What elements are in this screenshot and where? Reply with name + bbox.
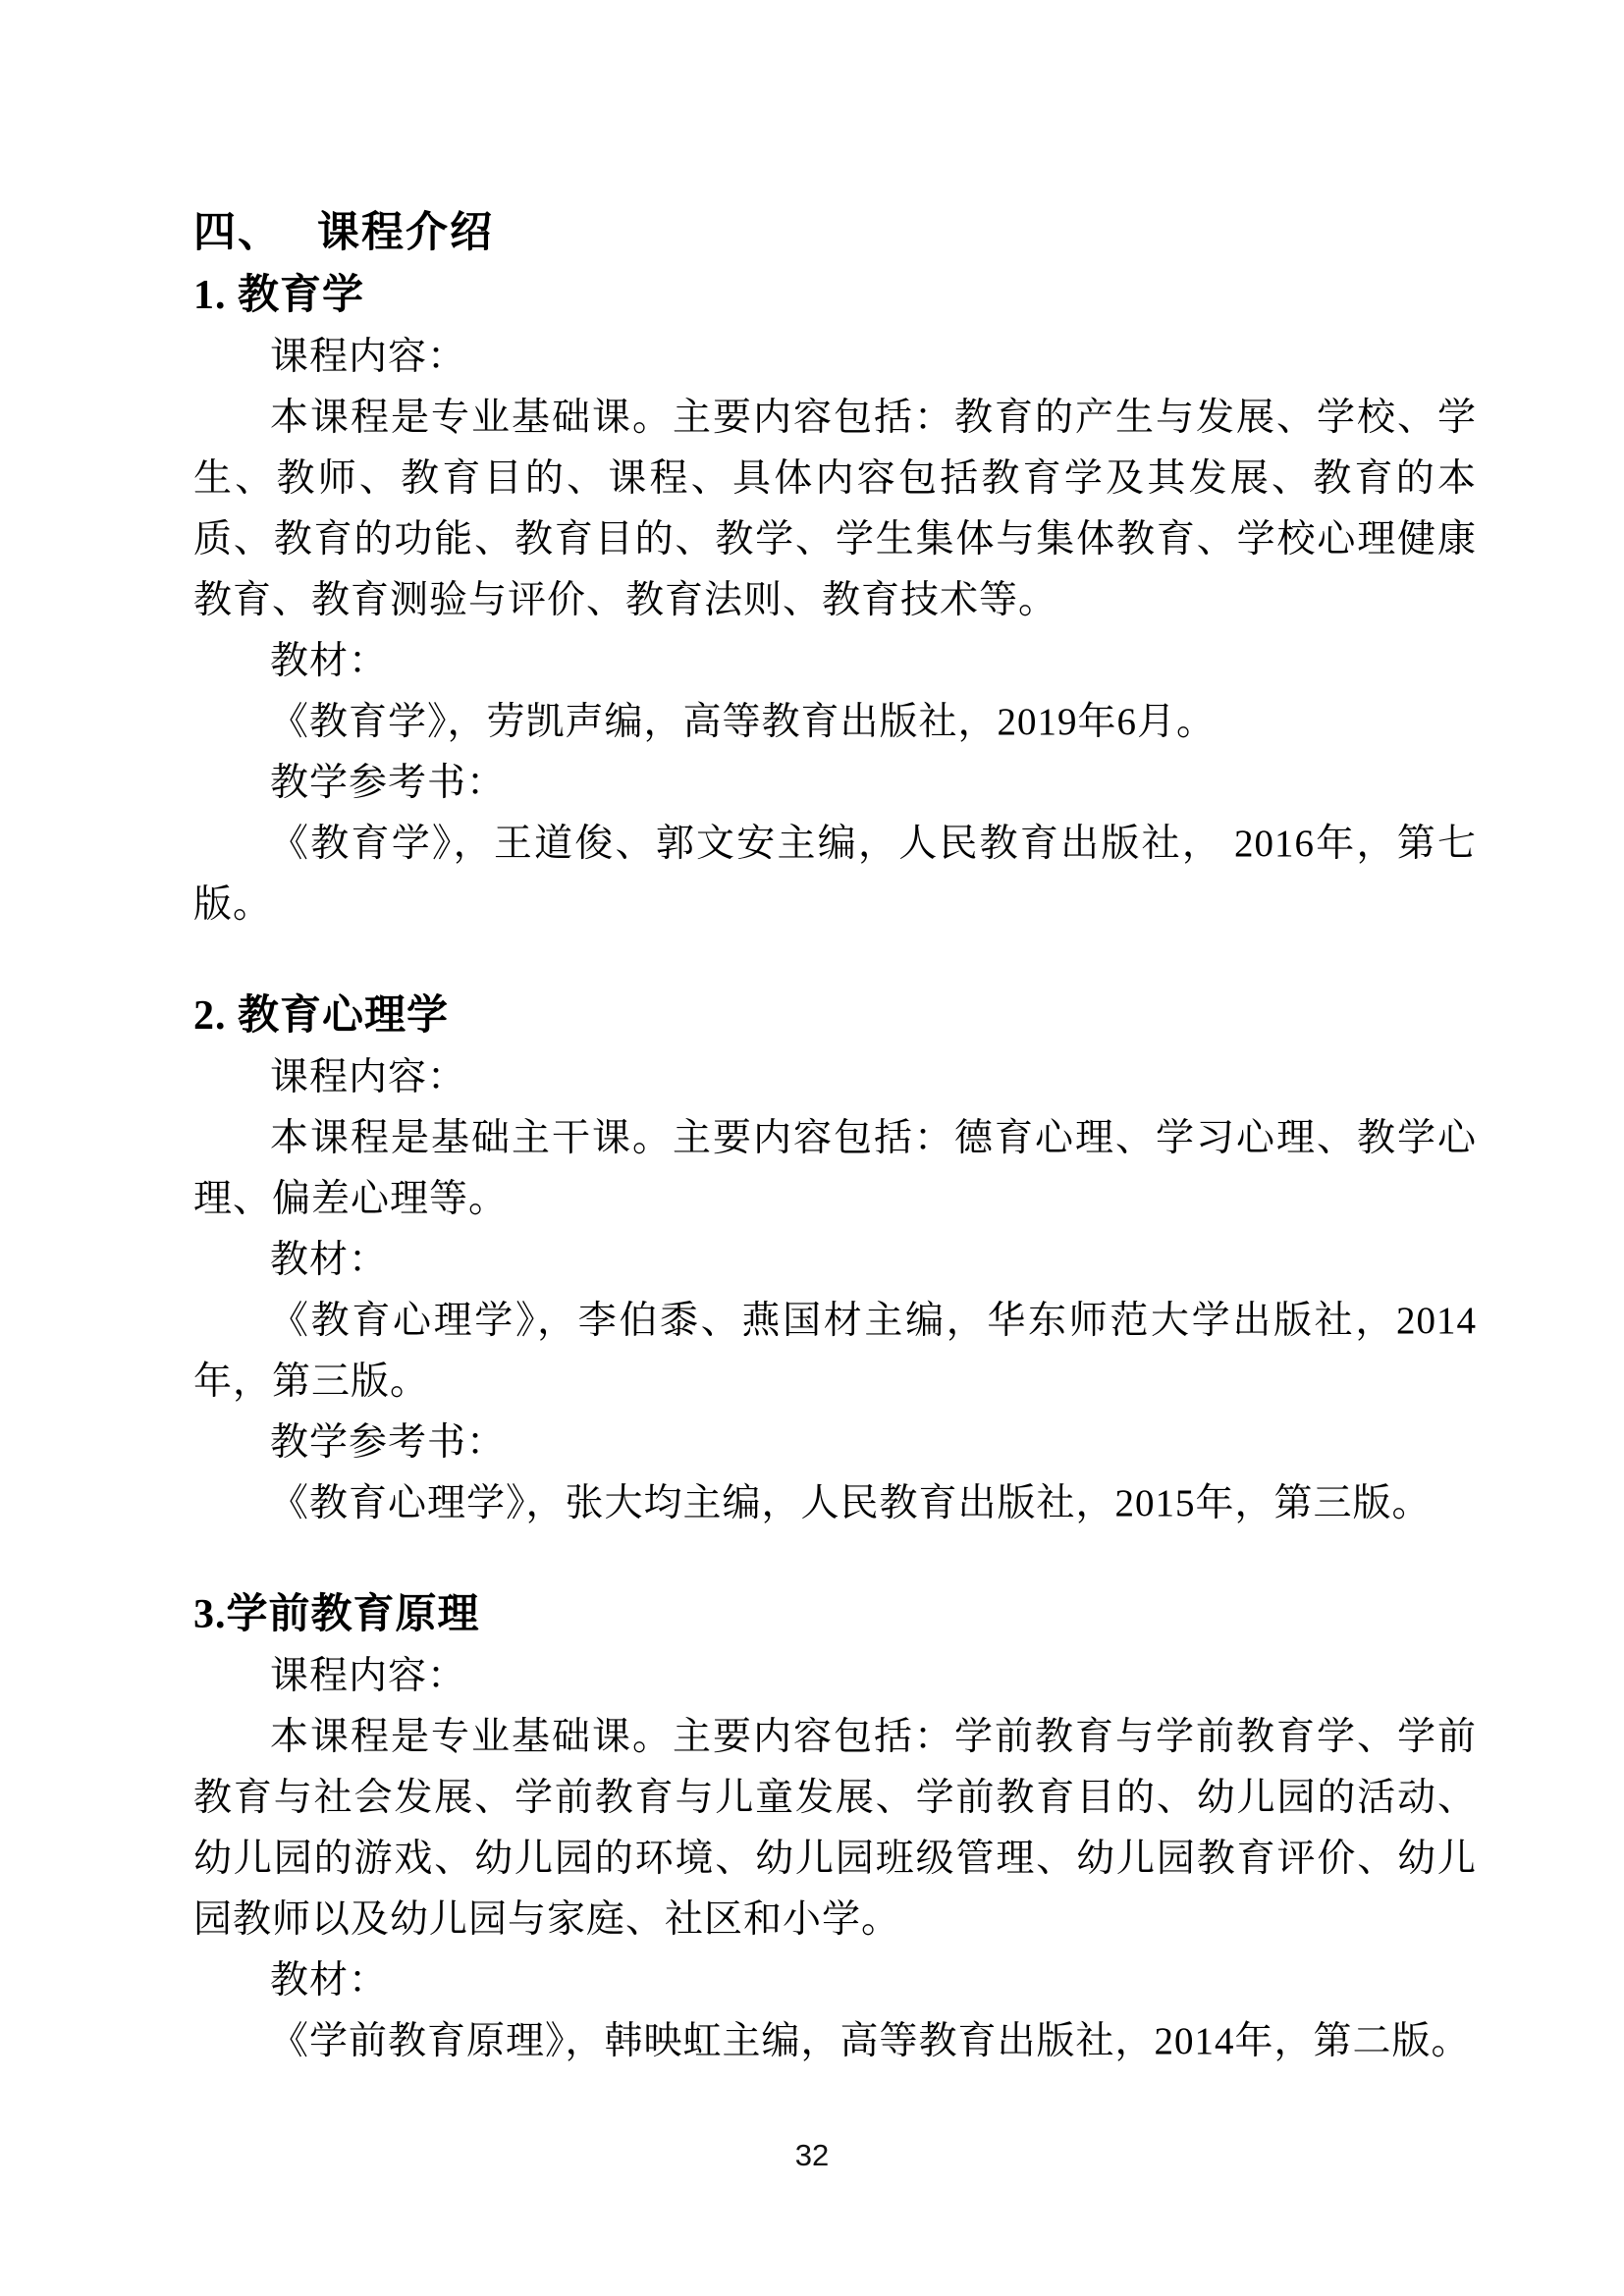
paragraph-course-content-label: 课程内容： <box>193 1646 1477 1707</box>
page-number: 32 <box>0 2138 1624 2173</box>
paragraph-course-description: 本课程是专业基础课。主要内容包括：教育的产生与发展、学校、学生、教师、教育目的、… <box>193 388 1477 631</box>
page-title-text: 课程介绍 <box>317 209 494 256</box>
document-content: 四、课程介绍 1. 教育学 课程内容： 本课程是专业基础课。主要内容包括：教育的… <box>193 201 1477 2072</box>
paragraph-textbook-label: 教材： <box>193 1230 1477 1291</box>
section-title: 1. 教育学 <box>193 264 1477 327</box>
paragraph-textbook: 《学前教育原理》，韩映虹主编，高等教育出版社，2014年，第二版。 <box>193 2011 1477 2072</box>
paragraph-course-content-label: 课程内容： <box>193 1047 1477 1108</box>
paragraph-textbook-label: 教材： <box>193 631 1477 692</box>
section-title: 3.学前教育原理 <box>193 1583 1477 1646</box>
paragraph-reference-label: 教学参考书： <box>193 753 1477 814</box>
document-page: 四、课程介绍 1. 教育学 课程内容： 本课程是专业基础课。主要内容包括：教育的… <box>0 0 1624 2296</box>
section-pedagogy: 1. 教育学 课程内容： 本课程是专业基础课。主要内容包括：教育的产生与发展、学… <box>193 264 1477 935</box>
paragraph-textbook: 《教育学》，劳凯声编，高等教育出版社，2019年6月。 <box>193 692 1477 753</box>
paragraph-reference: 《教育心理学》，张大均主编，人民教育出版社，2015年，第三版。 <box>193 1473 1477 1534</box>
section-title: 2. 教育心理学 <box>193 985 1477 1047</box>
paragraph-textbook: 《教育心理学》，李伯黍、燕国材主编，华东师范大学出版社，2014年，第三版。 <box>193 1291 1477 1413</box>
page-title-number: 四、 <box>193 209 282 256</box>
paragraph-course-description: 本课程是基础主干课。主要内容包括：德育心理、学习心理、教学心理、偏差心理等。 <box>193 1108 1477 1230</box>
paragraph-course-content-label: 课程内容： <box>193 327 1477 388</box>
section-educational-psychology: 2. 教育心理学 课程内容： 本课程是基础主干课。主要内容包括：德育心理、学习心… <box>193 985 1477 1534</box>
section-preschool-education-principles: 3.学前教育原理 课程内容： 本课程是专业基础课。主要内容包括：学前教育与学前教… <box>193 1583 1477 2072</box>
page-title: 四、课程介绍 <box>193 201 1477 264</box>
paragraph-textbook-label: 教材： <box>193 1950 1477 2011</box>
paragraph-reference-label: 教学参考书： <box>193 1413 1477 1473</box>
paragraph-course-description: 本课程是专业基础课。主要内容包括：学前教育与学前教育学、学前教育与社会发展、学前… <box>193 1707 1477 1950</box>
paragraph-reference: 《教育学》，王道俊、郭文安主编，人民教育出版社， 2016年，第七版。 <box>193 814 1477 935</box>
